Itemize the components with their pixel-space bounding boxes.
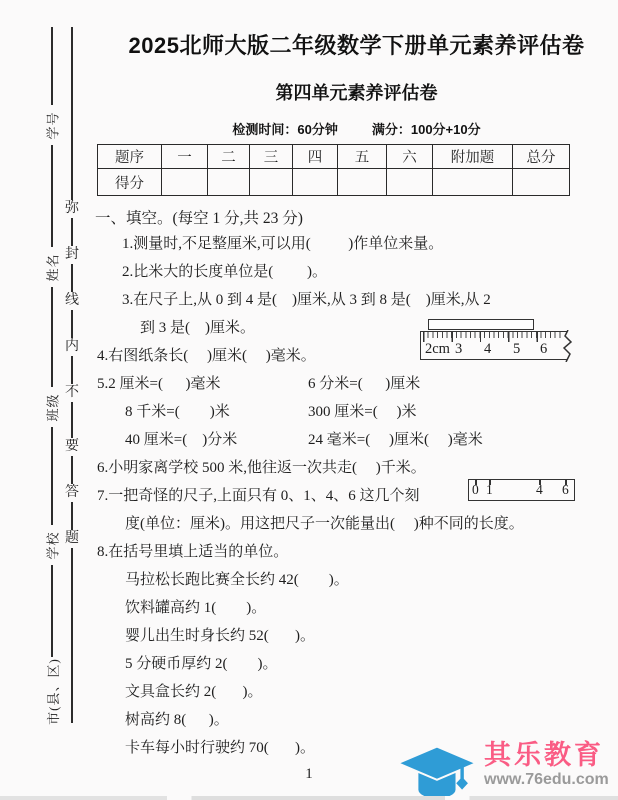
seal-line-segment	[71, 356, 73, 384]
score-table: 题序 一 二 三 四 五 六 附加题 总分 得分	[97, 144, 570, 196]
exam-content: 2025北师大版二年级数学下册单元素养评估卷 第四单元素养评估卷 检测时间：60…	[95, 0, 618, 762]
seal-char: 题	[65, 530, 79, 548]
seal-char: 弥	[65, 200, 79, 218]
ruler-tick-label: 6	[562, 481, 569, 498]
publisher-logo: 其乐教育 www.76edu.com	[392, 740, 609, 800]
seal-line-segment	[71, 502, 73, 530]
score-cell	[513, 169, 570, 196]
score-cell	[208, 169, 250, 196]
graduation-cap-icon	[392, 740, 478, 800]
ruler-tick-label: 1	[486, 481, 493, 498]
field-label: 班级	[43, 393, 62, 421]
q5-conversion: 40 厘米=( )分米	[125, 426, 308, 454]
seal-line: 弥 封 线 内 不 要 答 题	[61, 27, 83, 723]
page-number: 1	[285, 766, 333, 783]
seal-char: 内	[65, 338, 79, 356]
score-table-header-cell: 一	[162, 145, 208, 169]
score-cell	[433, 169, 513, 196]
exam-paper-page: 学号 姓名 班级 学校 市(县、区) 弥 封 线 内 不 要 答 题 2025北…	[0, 0, 618, 800]
question-8: 8.在括号里填上适当的单位。	[95, 538, 618, 566]
q8-item: 5 分硬币厚约 2( )。	[95, 650, 618, 678]
brand-website: www.76edu.com	[484, 770, 609, 790]
question-5-row: 40 厘米=( )分米 24 毫米=( )厘米( )毫米	[95, 426, 618, 454]
q5-conversion: 6 分米=( )厘米	[308, 370, 420, 398]
q5-conversion: 300 厘米=( )米	[308, 398, 416, 426]
ruler-unit-label: 6	[540, 340, 547, 358]
question-6: 6.小明家离学校 500 米,他往返一次共走( )千米。	[95, 454, 618, 482]
score-row-label: 得分	[98, 169, 162, 196]
score-table-header-cell: 题序	[98, 145, 162, 169]
seal-char: 线	[65, 292, 79, 310]
ruler-unit-label: 5	[513, 340, 520, 358]
write-line	[51, 287, 53, 387]
ruler-unit-label: 2cm	[425, 340, 450, 358]
seal-line-segment	[71, 402, 73, 438]
question-3-line1: 3.在尺子上,从 0 到 4 是( )厘米,从 3 到 8 是( )厘米,从 2	[95, 286, 618, 314]
field-label: 学校	[43, 531, 62, 559]
q8-item: 树高约 8( )。	[95, 706, 618, 734]
ruler-tick-label: 4	[536, 481, 543, 498]
seal-line-segment	[71, 548, 73, 723]
torn-edge	[563, 330, 575, 362]
unit-subtitle: 第四单元素养评估卷	[95, 82, 618, 104]
section-1-heading: 一、填空。(每空 1 分,共 23 分)	[95, 208, 618, 230]
ruler-tick-label: 0	[472, 481, 479, 498]
score-table-header-cell: 三	[250, 145, 293, 169]
ruler-illustration-q4: 2cm 3 4 5 6	[420, 316, 572, 364]
seal-char: 封	[65, 246, 79, 264]
write-line	[51, 27, 53, 105]
score-cell	[250, 169, 293, 196]
score-table-header-cell: 附加题	[433, 145, 513, 169]
ruler-unit-label: 3	[455, 340, 462, 358]
score-table-header-cell: 五	[338, 145, 387, 169]
page-bottom-edge	[0, 796, 618, 800]
score-table-header-row: 题序 一 二 三 四 五 六 附加题 总分	[98, 145, 570, 169]
exam-duration: 检测时间：60分钟	[232, 122, 337, 138]
q8-item: 婴儿出生时身长约 52( )。	[95, 622, 618, 650]
question-1: 1.测量时,不足整厘米,可以用( )作单位来量。	[95, 230, 618, 258]
seal-char: 答	[65, 484, 79, 502]
ruler-unit-label: 4	[484, 340, 491, 358]
question-7-line2: 度(单位：厘米)。用这把尺子一次能量出( )种不同的长度。	[95, 510, 618, 538]
seal-line-segment	[71, 264, 73, 292]
ruler-body: 2cm 3 4 5 6	[420, 331, 569, 360]
seal-char: 要	[65, 438, 79, 456]
page-title: 2025北师大版二年级数学下册单元素养评估卷	[95, 32, 618, 60]
write-line	[51, 145, 53, 247]
logo-text: 其乐教育 www.76edu.com	[484, 740, 609, 790]
score-cell	[293, 169, 338, 196]
q8-item: 文具盒长约 2( )。	[95, 678, 618, 706]
score-table-header-cell: 二	[208, 145, 250, 169]
score-table-header-cell: 六	[387, 145, 433, 169]
write-line	[51, 427, 53, 525]
ruler-illustration-q7: 0 1 4 6	[468, 479, 575, 501]
q8-item: 马拉松长跑比赛全长约 42( )。	[95, 566, 618, 594]
brand-name: 其乐教育	[484, 740, 609, 770]
exam-info-line: 检测时间：60分钟 满分：100分+10分	[95, 122, 618, 138]
q8-item: 饮料罐高约 1( )。	[95, 594, 618, 622]
score-cell	[162, 169, 208, 196]
question-5-row: 5.2 厘米=( )毫米 6 分米=( )厘米	[95, 370, 618, 398]
seal-char: 不	[65, 384, 79, 402]
q5-conversion: 5.2 厘米=( )毫米	[97, 370, 308, 398]
write-line	[51, 565, 53, 657]
seal-line-segment	[71, 310, 73, 338]
question-2: 2.比米大的长度单位是( )。	[95, 258, 618, 286]
seal-line-segment	[71, 218, 73, 246]
score-cell	[338, 169, 387, 196]
field-label: 学号	[43, 111, 62, 139]
question-5-row: 8 千米=( )米 300 厘米=( )米	[95, 398, 618, 426]
q5-conversion: 24 毫米=( )厘米( )毫米	[308, 426, 483, 454]
q5-conversion: 8 千米=( )米	[125, 398, 308, 426]
exam-full-score: 满分：100分+10分	[372, 122, 481, 138]
score-cell	[387, 169, 433, 196]
paper-strip	[428, 319, 534, 330]
score-table-header-cell: 总分	[513, 145, 570, 169]
field-label: 姓名	[43, 253, 62, 281]
score-table-score-row: 得分	[98, 169, 570, 196]
seal-line-segment	[71, 456, 73, 484]
seal-line-segment	[71, 27, 73, 200]
field-label: 市(县、区)	[43, 658, 62, 725]
score-table-header-cell: 四	[293, 145, 338, 169]
